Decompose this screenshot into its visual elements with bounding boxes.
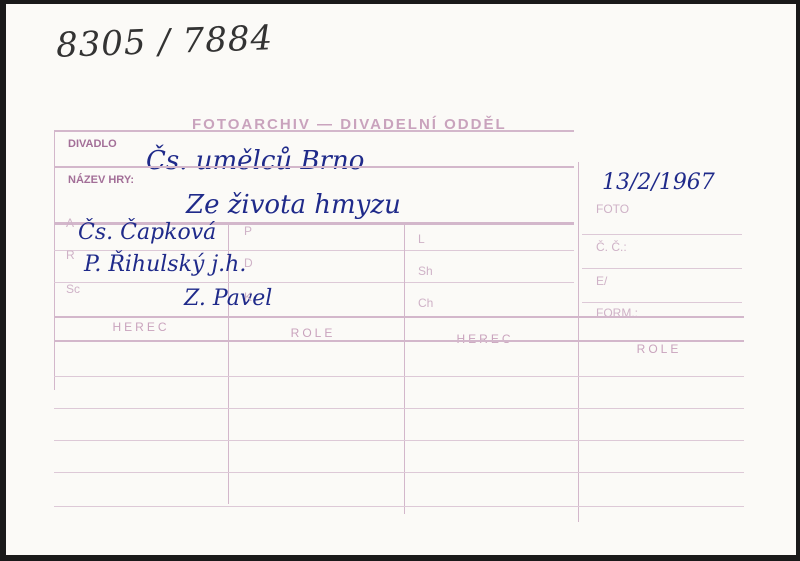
col-role-2: ROLE [584, 342, 734, 356]
nazev-value: Ze života hmyzu [186, 190, 401, 220]
archive-card: 8305 / 7884 FOTOARCHIV — DIVADELNÍ ODDĚL… [6, 4, 796, 555]
row-line [54, 440, 744, 441]
divider [404, 224, 405, 514]
divider [54, 340, 744, 342]
s-value: Z. Pavel [184, 286, 272, 311]
row-line [54, 472, 744, 473]
d-label: D [244, 256, 253, 270]
col-herec-2: HEREC [410, 332, 560, 346]
divider [54, 130, 574, 132]
e-label: E/ [596, 274, 607, 288]
sc-label: Sc [66, 282, 80, 296]
divider [54, 166, 574, 168]
divider [54, 282, 574, 283]
r-value: P. Řihulský j.h. [84, 252, 246, 277]
cis-label: Č. Č.: [596, 240, 627, 254]
divider [578, 162, 579, 522]
l-label: L [418, 232, 425, 246]
divider [582, 268, 742, 269]
ch-label: Ch [418, 296, 433, 310]
sh-label: Sh [418, 264, 433, 278]
archive-number: 8305 / 7884 [55, 18, 273, 66]
a-value: Čs. Čapková [78, 220, 216, 245]
col-role-1: ROLE [238, 326, 388, 340]
row-line [54, 506, 744, 507]
k-label: K [244, 290, 252, 304]
divider [54, 130, 55, 390]
divider [582, 302, 742, 303]
a-label: A [66, 216, 74, 230]
divadlo-label: DIVADLO [68, 138, 117, 150]
row-line [54, 376, 744, 377]
divider [582, 234, 742, 235]
row-line [54, 408, 744, 409]
col-herec-1: HEREC [66, 320, 216, 334]
p-label: P [244, 224, 252, 238]
date-value: 13/2/1967 [602, 170, 715, 195]
nazev-label: NÁZEV HRY: [68, 174, 134, 186]
divider [54, 316, 744, 318]
divadlo-value: Čs. umělců Brno [146, 146, 364, 176]
foto-label: FOTO [596, 202, 629, 216]
divider [54, 250, 574, 251]
r-label: R [66, 248, 75, 262]
